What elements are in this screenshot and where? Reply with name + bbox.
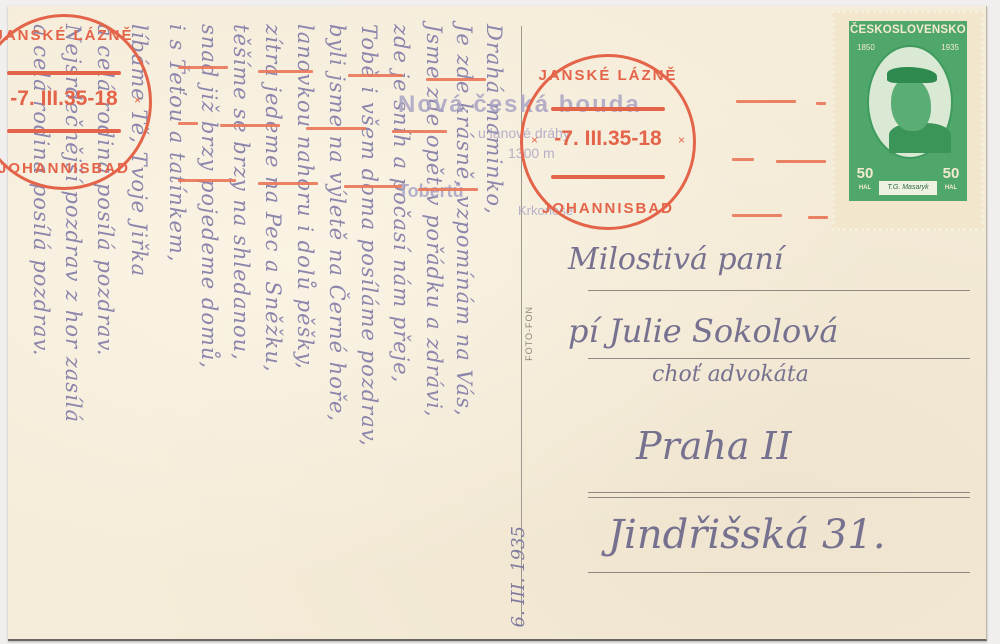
written-date: 6. III. 1935 xyxy=(508,526,529,627)
postmark-town: JANSKÉ LÁZNĚ xyxy=(523,67,693,84)
stamp-value-right: 50HAL xyxy=(938,167,964,195)
address-city: Praha II xyxy=(636,424,792,468)
postmark-town-german: JOHANNISBAD xyxy=(0,160,149,177)
postage-stamp: ČESKOSLOVENSKO 1850 1935 50HAL 50HAL T.G… xyxy=(832,10,984,231)
address-name: pí Julie Sokolová xyxy=(568,312,838,350)
postmark-date: -7. III.35-18 xyxy=(523,127,693,151)
postcard: Drahá maminko, Je zde krásně, vzpomínám … xyxy=(8,6,987,641)
address-street: Jindřišská 31. xyxy=(608,512,886,558)
stamp-year-left: 1850 xyxy=(857,43,875,52)
message-line: lanovkou nahoru i dolů pěšky, xyxy=(290,24,320,624)
message-line: Tobě i všem doma posíláme pozdrav, xyxy=(354,24,384,624)
portrait-icon xyxy=(867,45,953,159)
cachet-line: Tobertů xyxy=(398,181,464,202)
address-rule xyxy=(588,492,970,498)
postmark-main: JANSKÉ LÁZNĚ -7. III.35-18 ×× JOHANNISBA… xyxy=(520,54,696,230)
stamp-year-right: 1935 xyxy=(941,43,959,52)
postmark-town-german: JOHANNISBAD xyxy=(523,200,693,217)
stamp-country: ČESKOSLOVENSKO xyxy=(849,24,967,36)
postmark-town: JANSKÉ LÁZNĚ xyxy=(0,27,149,44)
stamp-signature: T.G. Masaryk xyxy=(879,181,937,195)
message-line: byli jsme na výletě na Černé hoře, xyxy=(322,24,352,624)
postmark-date: -7. III.35-18 xyxy=(0,87,149,111)
message-line: snad již brzy pojedeme domů, xyxy=(194,24,224,624)
address-rule xyxy=(588,572,970,573)
message-line: těšíme se brzy na shledanou, xyxy=(226,24,256,624)
message-line: zítra jedeme na Pec a Sněžku, xyxy=(258,24,288,624)
publisher-imprint: FOTO-FON xyxy=(524,306,534,361)
stamp-value-left: 50HAL xyxy=(852,167,878,195)
address-title: choť advokáta xyxy=(652,362,809,387)
postmark-left: JANSKÉ LÁZNĚ -7. III.35-18 ×× JOHANNISBA… xyxy=(0,14,152,190)
address-rule xyxy=(588,358,970,359)
message-line: i s Ťeťou a tatínkem, xyxy=(162,24,192,624)
address-rule xyxy=(588,290,970,291)
address-salutation: Milostivá paní xyxy=(568,242,783,277)
